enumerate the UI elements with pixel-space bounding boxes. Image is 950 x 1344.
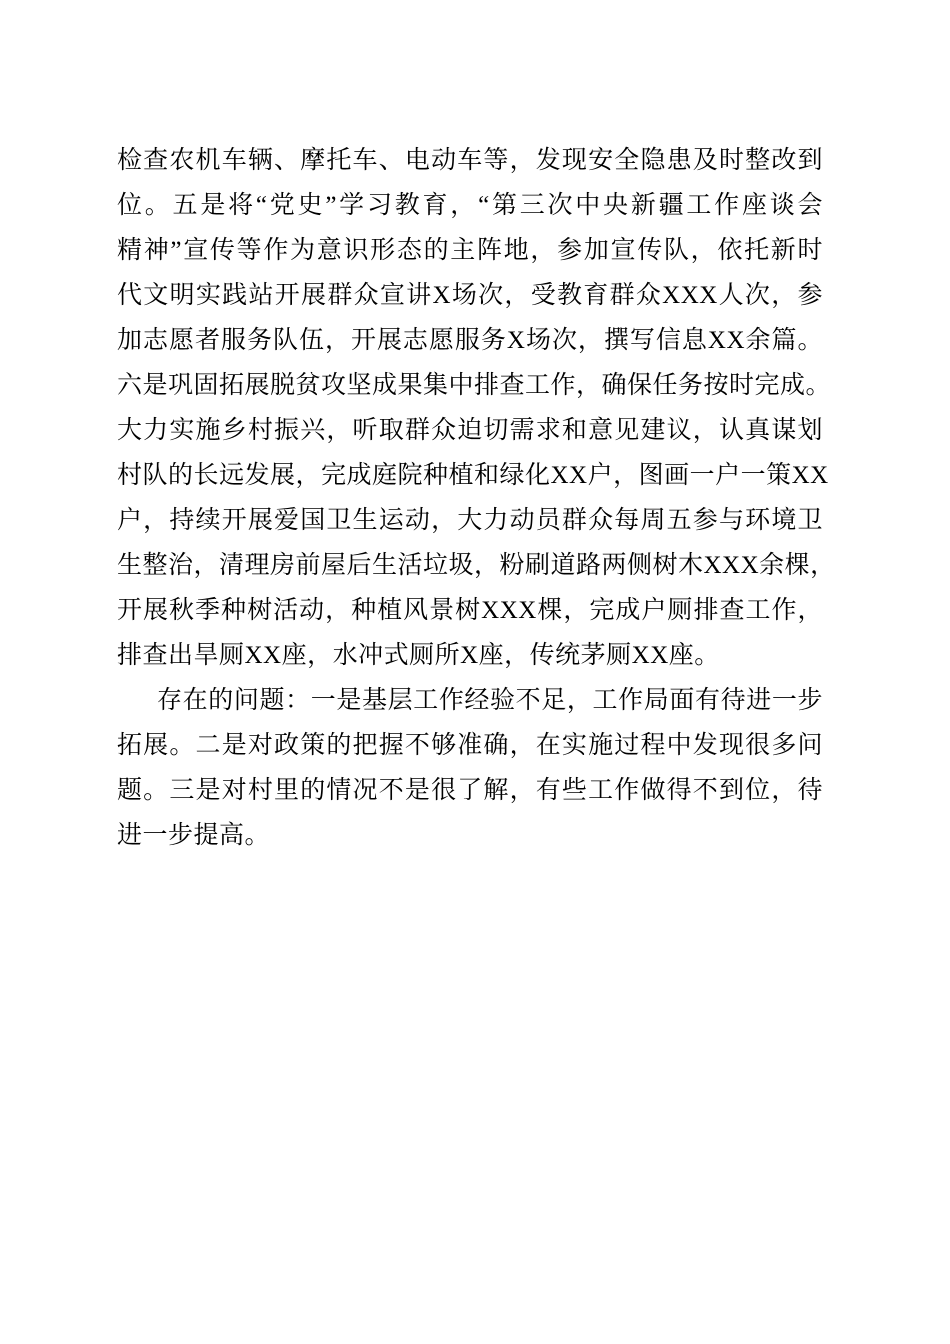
- text-line: 精神”宣传等作为意识形态的主阵地，参加宣传队，依托新时: [117, 228, 823, 273]
- paragraph-1: 检查农机车辆、摩托车、电动车等，发现安全隐患及时整改到位。五是将“党史”学习教育…: [117, 138, 823, 678]
- text-line: 六是巩固拓展脱贫攻坚成果集中排查工作，确保任务按时完成。: [117, 363, 823, 408]
- text-line: 进一步提高。: [117, 813, 823, 858]
- document-body: 检查农机车辆、摩托车、电动车等，发现安全隐患及时整改到位。五是将“党史”学习教育…: [117, 138, 823, 858]
- text-line: 存在的问题：一是基层工作经验不足，工作局面有待进一步: [117, 678, 823, 723]
- text-line: 大力实施乡村振兴，听取群众迫切需求和意见建议，认真谋划: [117, 408, 823, 453]
- text-line: 生整治，清理房前屋后生活垃圾，粉刷道路两侧树木XXX余棵，: [117, 543, 823, 588]
- text-line: 村队的长远发展，完成庭院种植和绿化XX户，图画一户一策XX: [117, 453, 823, 498]
- text-line: 位。五是将“党史”学习教育，“第三次中央新疆工作座谈会: [117, 183, 823, 228]
- text-line: 开展秋季种树活动，种植风景树XXX棵，完成户厕排查工作，: [117, 588, 823, 633]
- text-line: 题。三是对村里的情况不是很了解，有些工作做得不到位，待: [117, 768, 823, 813]
- text-line: 排查出旱厕XX座，水冲式厕所X座，传统茅厕XX座。: [117, 633, 823, 678]
- text-line: 拓展。二是对政策的把握不够准确，在实施过程中发现很多问: [117, 723, 823, 768]
- paragraph-2: 存在的问题：一是基层工作经验不足，工作局面有待进一步拓展。二是对政策的把握不够准…: [117, 678, 823, 858]
- text-line: 检查农机车辆、摩托车、电动车等，发现安全隐患及时整改到: [117, 138, 823, 183]
- document-page: 检查农机车辆、摩托车、电动车等，发现安全隐患及时整改到位。五是将“党史”学习教育…: [0, 0, 950, 1344]
- text-line: 加志愿者服务队伍，开展志愿服务X场次，撰写信息XX余篇。: [117, 318, 823, 363]
- text-line: 代文明实践站开展群众宣讲X场次，受教育群众XXX人次，参: [117, 273, 823, 318]
- text-line: 户，持续开展爱国卫生运动，大力动员群众每周五参与环境卫: [117, 498, 823, 543]
